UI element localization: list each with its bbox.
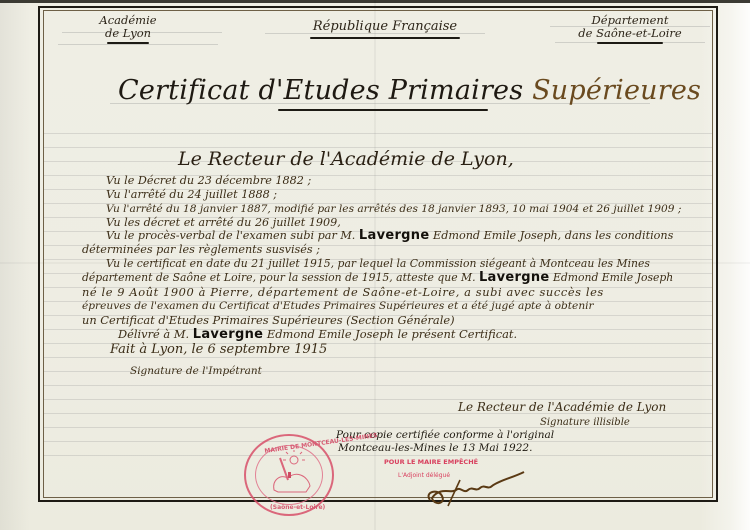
body-line-arrete-1887: Vu l'arrêté du 18 janvier 1887, modifié … (106, 202, 681, 216)
certificat-line2-suffix: Edmond Emile Joseph (553, 271, 673, 284)
proces-verbal-suffix: Edmond Emile Joseph, dans les conditions (433, 229, 673, 242)
title-word: Supérieures (532, 75, 701, 106)
header-underline (310, 37, 460, 39)
body-line-decret-1909: Vu les décret et arrêté du 26 juillet 19… (106, 216, 341, 230)
title-word: d'Etudes (259, 75, 380, 106)
body-line-decret: Vu le Décret du 23 décembre 1882 ; (106, 174, 311, 188)
header-academie-line2: de Lyon (88, 27, 168, 40)
guide-line (58, 44, 218, 45)
body-line-proces-verbal: Vu le procès-verbal de l'examen subi par… (106, 229, 673, 243)
seal-emblem-icon (266, 450, 316, 500)
header-underline (107, 42, 149, 44)
adjoint-signature-icon (420, 468, 530, 510)
header-republique: République Française (290, 20, 480, 39)
candidate-surname: Lavergne (359, 228, 430, 243)
header-republique-text: République Française (290, 20, 480, 33)
header-departement: Département de Saône-et-Loire (572, 14, 688, 44)
title-word: Primaires (389, 75, 524, 106)
body-line-departement: département de Saône et Loire, pour la s… (82, 271, 673, 285)
proces-verbal-prefix: Vu le procès-verbal de l'examen subi par… (106, 229, 355, 242)
body-line-certificat-date: Vu le certificat en date du 21 juillet 1… (106, 257, 650, 271)
certified-copy-line2: Montceau-les-Mines le 13 Mai 1922. (338, 441, 532, 455)
body-line-fait-a-lyon: Fait à Lyon, le 6 septembre 1915 (110, 343, 327, 357)
certificat-line2-prefix: département de Saône et Loire, pour la s… (82, 271, 476, 284)
seal-bottom-text: (Saône-et-Loire) (270, 504, 325, 511)
signature-recteur-label: Le Recteur de l'Académie de Lyon (458, 400, 666, 414)
body-line-delivre: Délivré à M. Lavergne Edmond Emile Josep… (118, 327, 517, 342)
delivre-prefix: Délivré à M. (118, 327, 189, 341)
title-word: Certificat (118, 75, 250, 106)
stamp-maire-empeche: POUR LE MAIRE EMPÊCHÉ (384, 458, 478, 466)
header-academie: Académie de Lyon (88, 14, 168, 44)
mairie-seal: MAIRIE DE MONTCEAU-LES-MINES (Saône-et-L… (244, 434, 334, 516)
candidate-surname: Lavergne (193, 327, 264, 342)
title-underline (278, 109, 488, 111)
body-line-epreuves: épreuves de l'examen du Certificat d'Etu… (82, 299, 594, 313)
recteur-heading: Le Recteur de l'Académie de Lyon, (178, 148, 514, 170)
signature-impetrant-label: Signature de l'Impétrant (130, 364, 262, 378)
header-underline (597, 42, 663, 44)
header-departement-line2: de Saône-et-Loire (572, 27, 688, 40)
certificate-title: Certificat d'Etudes Primaires Supérieure… (118, 75, 638, 106)
body-line-section: un Certificat d'Etudes Primaires Supérie… (82, 313, 455, 327)
body-line-arrete-1888: Vu l'arrêté du 24 juillet 1888 ; (106, 188, 277, 202)
delivre-suffix: Edmond Emile Joseph le présent Certifica… (267, 327, 517, 341)
candidate-surname: Lavergne (479, 270, 550, 285)
body-line-reglements: déterminées par les règlements susvisés … (82, 243, 320, 257)
body-line-naissance: né le 9 Août 1900 à Pierre, département … (82, 285, 604, 299)
